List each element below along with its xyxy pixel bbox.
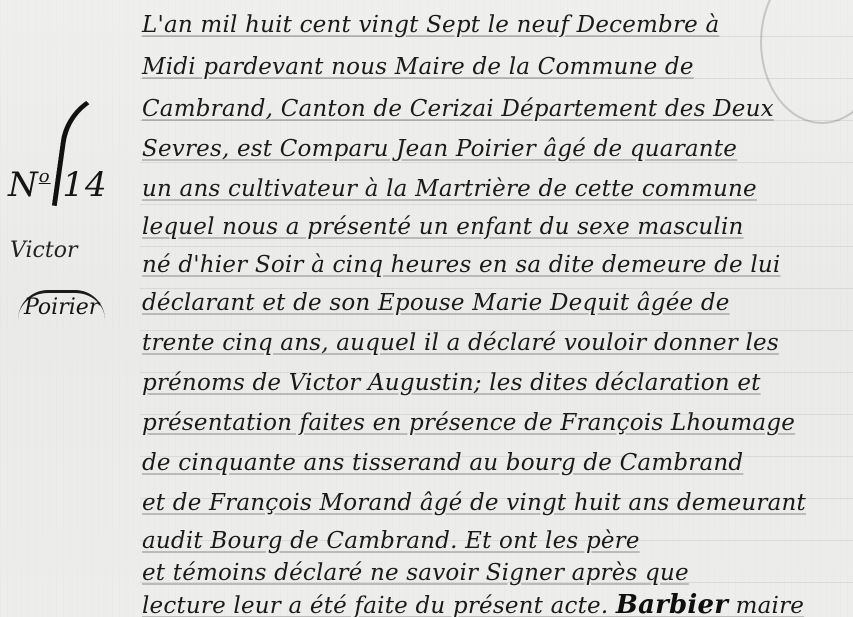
text-line: audit Bourg de Cambrand. Et ont les père <box>142 528 640 554</box>
text-line: Sevres, est Comparu Jean Poirier âgé de … <box>142 136 737 162</box>
margin-annotation: No 14 Victor Poirier <box>0 0 140 617</box>
margin-given-name: Victor <box>10 238 77 263</box>
text-line: lequel nous a présenté un enfant du sexe… <box>142 214 744 240</box>
ruled-line <box>140 246 853 247</box>
closing-text: lecture leur a été faite du présent acte… <box>142 593 608 617</box>
text-line: déclarant et de son Epouse Marie Dequit … <box>142 290 730 316</box>
text-line: L'an mil huit cent vingt Sept le neuf De… <box>142 12 719 38</box>
stamp-mark <box>760 0 853 124</box>
entry-number: No 14 <box>8 165 108 205</box>
text-line: présentation faites en présence de Franç… <box>142 410 795 436</box>
text-line: un ans cultivateur à la Martrière de cet… <box>142 176 757 202</box>
entry-number-value: 14 <box>62 165 107 205</box>
signature-suffix: maire <box>736 593 804 617</box>
text-line: trente cinq ans, auquel il a déclaré vou… <box>142 330 779 356</box>
text-line-final: lecture leur a été faite du présent acte… <box>142 590 804 617</box>
entry-prefix: N <box>8 165 39 205</box>
ruled-line <box>140 288 853 289</box>
register-page: No 14 Victor Poirier L'an mil huit cent … <box>0 0 853 617</box>
text-line: prénoms de Victor Augustin; les dites dé… <box>142 370 761 396</box>
text-line: Midi pardevant nous Maire de la Commune … <box>142 54 694 80</box>
text-line: de cinquante ans tisserand au bourg de C… <box>142 450 743 476</box>
mayor-signature: Barbier <box>616 590 728 617</box>
ruled-line <box>140 162 853 163</box>
text-line: et de François Morand âgé de vingt huit … <box>142 490 806 516</box>
text-line: et témoins déclaré ne savoir Signer aprè… <box>142 560 689 586</box>
text-line: né d'hier Soir à cinq heures en sa dite … <box>142 252 780 278</box>
margin-surname: Poirier <box>18 290 105 320</box>
ruled-line <box>140 204 853 205</box>
entry-prefix-sup: o <box>39 166 51 187</box>
text-line: Cambrand, Canton de Cerizai Département … <box>142 96 774 122</box>
